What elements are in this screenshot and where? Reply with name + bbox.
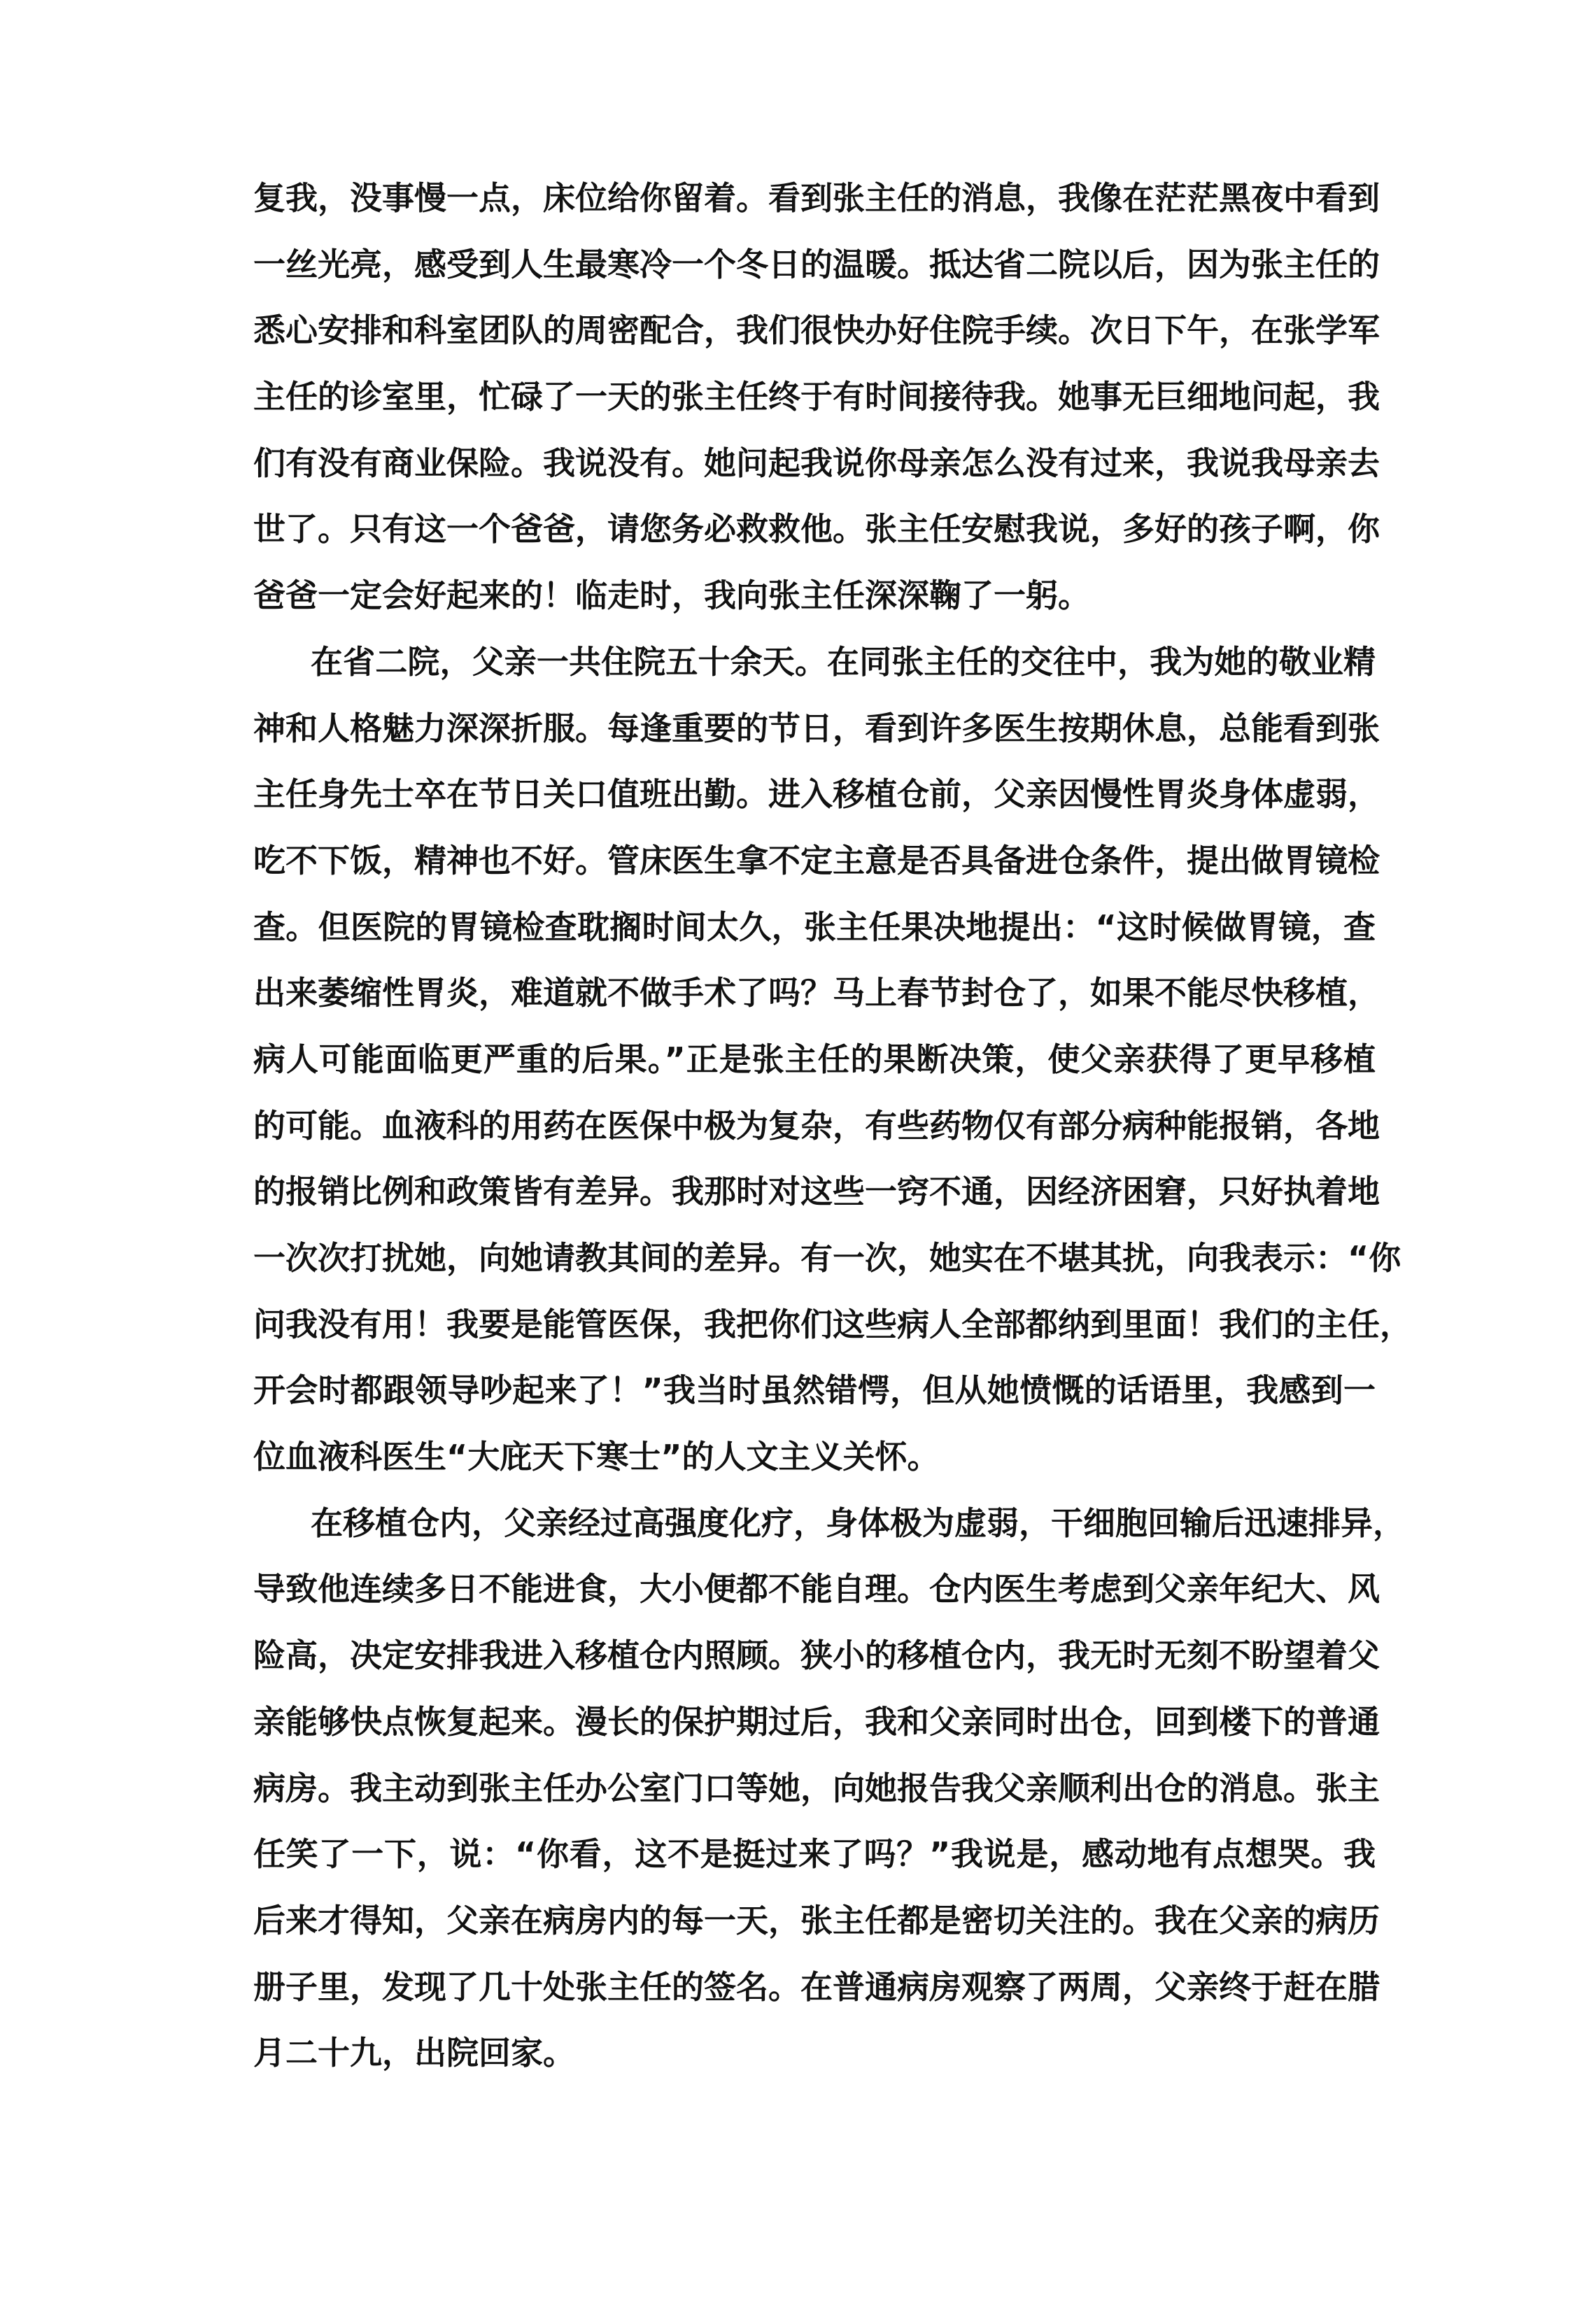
- text-line: 问我没有用！我要是能管医保，我把你们这些病人全部都纳到里面！我们的主任，: [253, 1292, 1376, 1358]
- text-line: 爸爸一定会好起来的！临走时，我向张主任深深鞠了一躬。: [253, 563, 1376, 629]
- text-line: 一次次打扰她，向她请教其间的差异。有一次，她实在不堪其扰，向我表示：“你: [253, 1225, 1376, 1292]
- text-line: 复我，没事慢一点，床位给你留着。看到张主任的消息，我像在茫茫黑夜中看到: [253, 165, 1376, 232]
- text-line: 们有没有商业保险。我说没有。她问起我说你母亲怎么没有过来，我说我母亲去: [253, 430, 1376, 497]
- text-line: 悉心安排和科室团队的周密配合，我们很快办好住院手续。次日下午，在张学军: [253, 297, 1376, 364]
- paragraph-1: 复我，没事慢一点，床位给你留着。看到张主任的消息，我像在茫茫黑夜中看到 一丝光亮…: [253, 165, 1376, 629]
- text-line: 的报销比例和政策皆有差异。我那时对这些一窍不通，因经济困窘，只好执着地: [253, 1159, 1376, 1225]
- paragraph-2: 在省二院，父亲一共住院五十余天。在同张主任的交往中，我为她的敬业精 神和人格魅力…: [253, 629, 1376, 1490]
- text-line: 月二十九，出院回家。: [253, 2020, 1376, 2086]
- text-line: 导致他连续多日不能进食，大小便都不能自理。仓内医生考虑到父亲年纪大、风: [253, 1556, 1376, 1622]
- text-line: 查。但医院的胃镜检查耽搁时间太久，张主任果决地提出：“这时候做胃镜，查: [253, 894, 1376, 961]
- text-line: 后来才得知，父亲在病房内的每一天，张主任都是密切关注的。我在父亲的病历: [253, 1888, 1376, 1954]
- text-line: 在省二院，父亲一共住院五十余天。在同张主任的交往中，我为她的敬业精: [253, 629, 1376, 695]
- text-line: 主任身先士卒在节日关口值班出勤。进入移植仓前，父亲因慢性胃炎身体虚弱，: [253, 761, 1376, 828]
- text-line: 在移植仓内，父亲经过高强度化疗，身体极为虚弱，干细胞回输后迅速排异，: [253, 1490, 1376, 1557]
- text-line: 病房。我主动到张主任办公室门口等她，向她报告我父亲顺利出仓的消息。张主: [253, 1755, 1376, 1822]
- text-line: 神和人格魅力深深折服。每逢重要的节日，看到许多医生按期休息，总能看到张: [253, 695, 1376, 762]
- text-line: 险高，决定安排我进入移植仓内照顾。狭小的移植仓内，我无时无刻不盼望着父: [253, 1622, 1376, 1689]
- text-line: 的可能。血液科的用药在医保中极为复杂，有些药物仅有部分病种能报销，各地: [253, 1093, 1376, 1159]
- text-line: 出来萎缩性胃炎，难道就不做手术了吗？马上春节封仓了，如果不能尽快移植，: [253, 960, 1376, 1026]
- text-line: 位血液科医生“大庇天下寒士”的人文主义关怀。: [253, 1424, 1376, 1490]
- text-line: 一丝光亮，感受到人生最寒冷一个冬日的温暖。抵达省二院以后，因为张主任的: [253, 232, 1376, 298]
- paragraph-3: 在移植仓内，父亲经过高强度化疗，身体极为虚弱，干细胞回输后迅速排异， 导致他连续…: [253, 1490, 1376, 2086]
- text-line: 亲能够快点恢复起来。漫长的保护期过后，我和父亲同时出仓，回到楼下的普通: [253, 1689, 1376, 1755]
- document-body: 复我，没事慢一点，床位给你留着。看到张主任的消息，我像在茫茫黑夜中看到 一丝光亮…: [253, 165, 1376, 2086]
- text-line: 世了。只有这一个爸爸，请您务必救救他。张主任安慰我说，多好的孩子啊，你: [253, 496, 1376, 563]
- text-line: 开会时都跟领导吵起来了！”我当时虽然错愕，但从她愤慨的话语里，我感到一: [253, 1357, 1376, 1424]
- text-line: 主任的诊室里，忙碌了一天的张主任终于有时间接待我。她事无巨细地问起，我: [253, 364, 1376, 430]
- document-page: 复我，没事慢一点，床位给你留着。看到张主任的消息，我像在茫茫黑夜中看到 一丝光亮…: [0, 0, 1596, 2320]
- text-line: 吃不下饭，精神也不好。管床医生拿不定主意是否具备进仓条件，提出做胃镜检: [253, 828, 1376, 894]
- text-line: 册子里，发现了几十处张主任的签名。在普通病房观察了两周，父亲终于赶在腊: [253, 1954, 1376, 2021]
- text-line: 任笑了一下，说：“你看，这不是挺过来了吗？”我说是，感动地有点想哭。我: [253, 1821, 1376, 1888]
- text-line: 病人可能面临更严重的后果。”正是张主任的果断决策，使父亲获得了更早移植: [253, 1026, 1376, 1093]
